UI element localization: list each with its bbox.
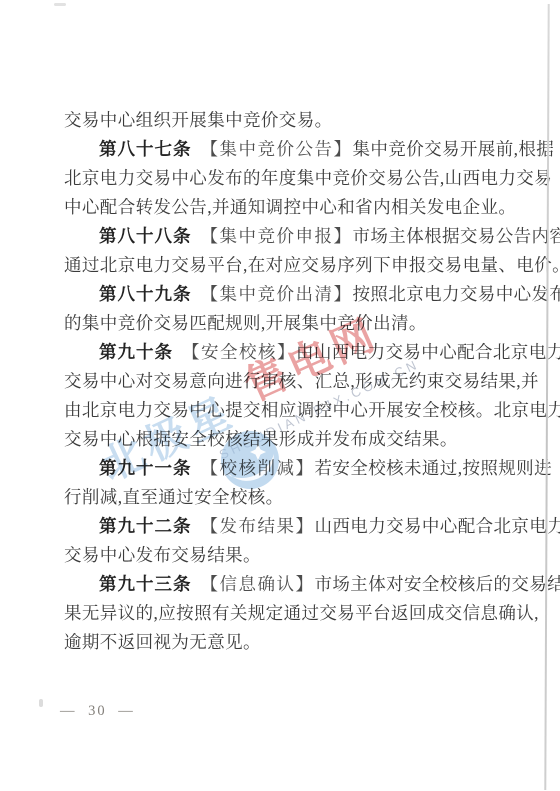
article-number: 第八十八条 xyxy=(99,226,192,246)
text-line: 第九十条【安全校核】由山西电力交易中心配合北京电力 xyxy=(64,338,514,367)
text-line: 的集中竞价交易匹配规则,开展集中竞价出清。 xyxy=(64,309,514,338)
body-text: 通过北京电力交易平台,在对应交易序列下申报交易电量、电价。 xyxy=(64,255,560,275)
article-title: 【信息确认】 xyxy=(201,574,315,594)
article-number: 第八十七条 xyxy=(99,139,192,159)
text-line: 第八十九条【集中竞价出清】按照北京电力交易中心发布 xyxy=(64,280,514,309)
body-text: 若安全校核未通过,按照规则进 xyxy=(315,458,552,478)
body-text: 交易中心对交易意向进行审核、汇总,形成无约束交易结果,并 xyxy=(64,371,539,391)
text-line: 由北京电力交易中心提交相应调控中心开展安全校核。北京电力 xyxy=(64,396,514,425)
text-line: 第八十七条【集中竞价公告】集中竞价交易开展前,根据 xyxy=(64,135,514,164)
document-page: 交易中心组织开展集中竞价交易。第八十七条【集中竞价公告】集中竞价交易开展前,根据… xyxy=(0,0,560,791)
text-line: 交易中心对交易意向进行审核、汇总,形成无约束交易结果,并 xyxy=(64,367,514,396)
scan-speck-left xyxy=(39,699,43,707)
article-number: 第八十九条 xyxy=(99,284,192,304)
page-number: — 30 — xyxy=(60,703,135,720)
scan-edge-line xyxy=(544,4,549,790)
body-text: 逾期不返回视为无意见。 xyxy=(64,632,261,652)
body-text: 按照北京电力交易中心发布 xyxy=(353,284,560,304)
body-text: 交易中心发布交易结果。 xyxy=(64,545,261,565)
article-title: 【集中竞价申报】 xyxy=(201,226,353,246)
body-text: 交易中心组织开展集中竞价交易。 xyxy=(64,110,333,130)
article-number: 第九十三条 xyxy=(99,574,192,594)
text-line: 逾期不返回视为无意见。 xyxy=(64,628,514,657)
body-text: 由北京电力交易中心提交相应调控中心开展安全校核。北京电力 xyxy=(64,400,560,420)
text-line: 交易中心发布交易结果。 xyxy=(64,541,514,570)
text-line: 交易中心根据安全校核结果形成并发布成交结果。 xyxy=(64,425,514,454)
body-text: 由山西电力交易中心配合北京电力 xyxy=(296,342,560,362)
article-title: 【集中竞价出清】 xyxy=(201,284,353,304)
article-title: 【集中竞价公告】 xyxy=(201,139,353,159)
article-title: 【校核削减】 xyxy=(201,458,315,478)
text-line: 第九十二条【发布结果】山西电力交易中心配合北京电力 xyxy=(64,512,514,541)
body-text: 山西电力交易中心配合北京电力 xyxy=(315,516,560,536)
text-line: 通过北京电力交易平台,在对应交易序列下申报交易电量、电价。 xyxy=(64,251,514,280)
article-number: 第九十二条 xyxy=(99,516,192,536)
body-text: 中心配合转发公告,并通知调控中心和省内相关发电企业。 xyxy=(64,197,516,217)
body-text: 交易中心根据安全校核结果形成并发布成交结果。 xyxy=(64,429,458,449)
document-text: 交易中心组织开展集中竞价交易。第八十七条【集中竞价公告】集中竞价交易开展前,根据… xyxy=(64,106,514,657)
text-line: 行削减,直至通过安全校核。 xyxy=(64,483,514,512)
body-text: 市场主体对安全校核后的交易结 xyxy=(315,574,560,594)
text-line: 果无异议的,应按照有关规定通过交易平台返回成交信息确认, xyxy=(64,599,514,628)
article-number: 第九十条 xyxy=(99,342,173,362)
text-line: 北京电力交易中心发布的年度集中竞价交易公告,山西电力交易 xyxy=(64,164,514,193)
body-text: 北京电力交易中心发布的年度集中竞价交易公告,山西电力交易 xyxy=(64,168,552,188)
article-number: 第九十一条 xyxy=(99,458,192,478)
text-line: 交易中心组织开展集中竞价交易。 xyxy=(64,106,514,135)
body-text: 集中竞价交易开展前,根据 xyxy=(353,139,555,159)
text-line: 第九十三条【信息确认】市场主体对安全校核后的交易结 xyxy=(64,570,514,599)
body-text: 行削减,直至通过安全校核。 xyxy=(64,487,284,507)
body-text: 的集中竞价交易匹配规则,开展集中竞价出清。 xyxy=(64,313,427,333)
body-text: 果无异议的,应按照有关规定通过交易平台返回成交信息确认, xyxy=(64,603,539,623)
text-line: 中心配合转发公告,并通知调控中心和省内相关发电企业。 xyxy=(64,193,514,222)
body-text: 市场主体根据交易公告内容, xyxy=(353,226,560,246)
scan-speck-top xyxy=(54,3,66,6)
article-title: 【发布结果】 xyxy=(201,516,315,536)
article-title: 【安全校核】 xyxy=(182,342,296,362)
text-line: 第八十八条【集中竞价申报】市场主体根据交易公告内容, xyxy=(64,222,514,251)
text-line: 第九十一条【校核削减】若安全校核未通过,按照规则进 xyxy=(64,454,514,483)
